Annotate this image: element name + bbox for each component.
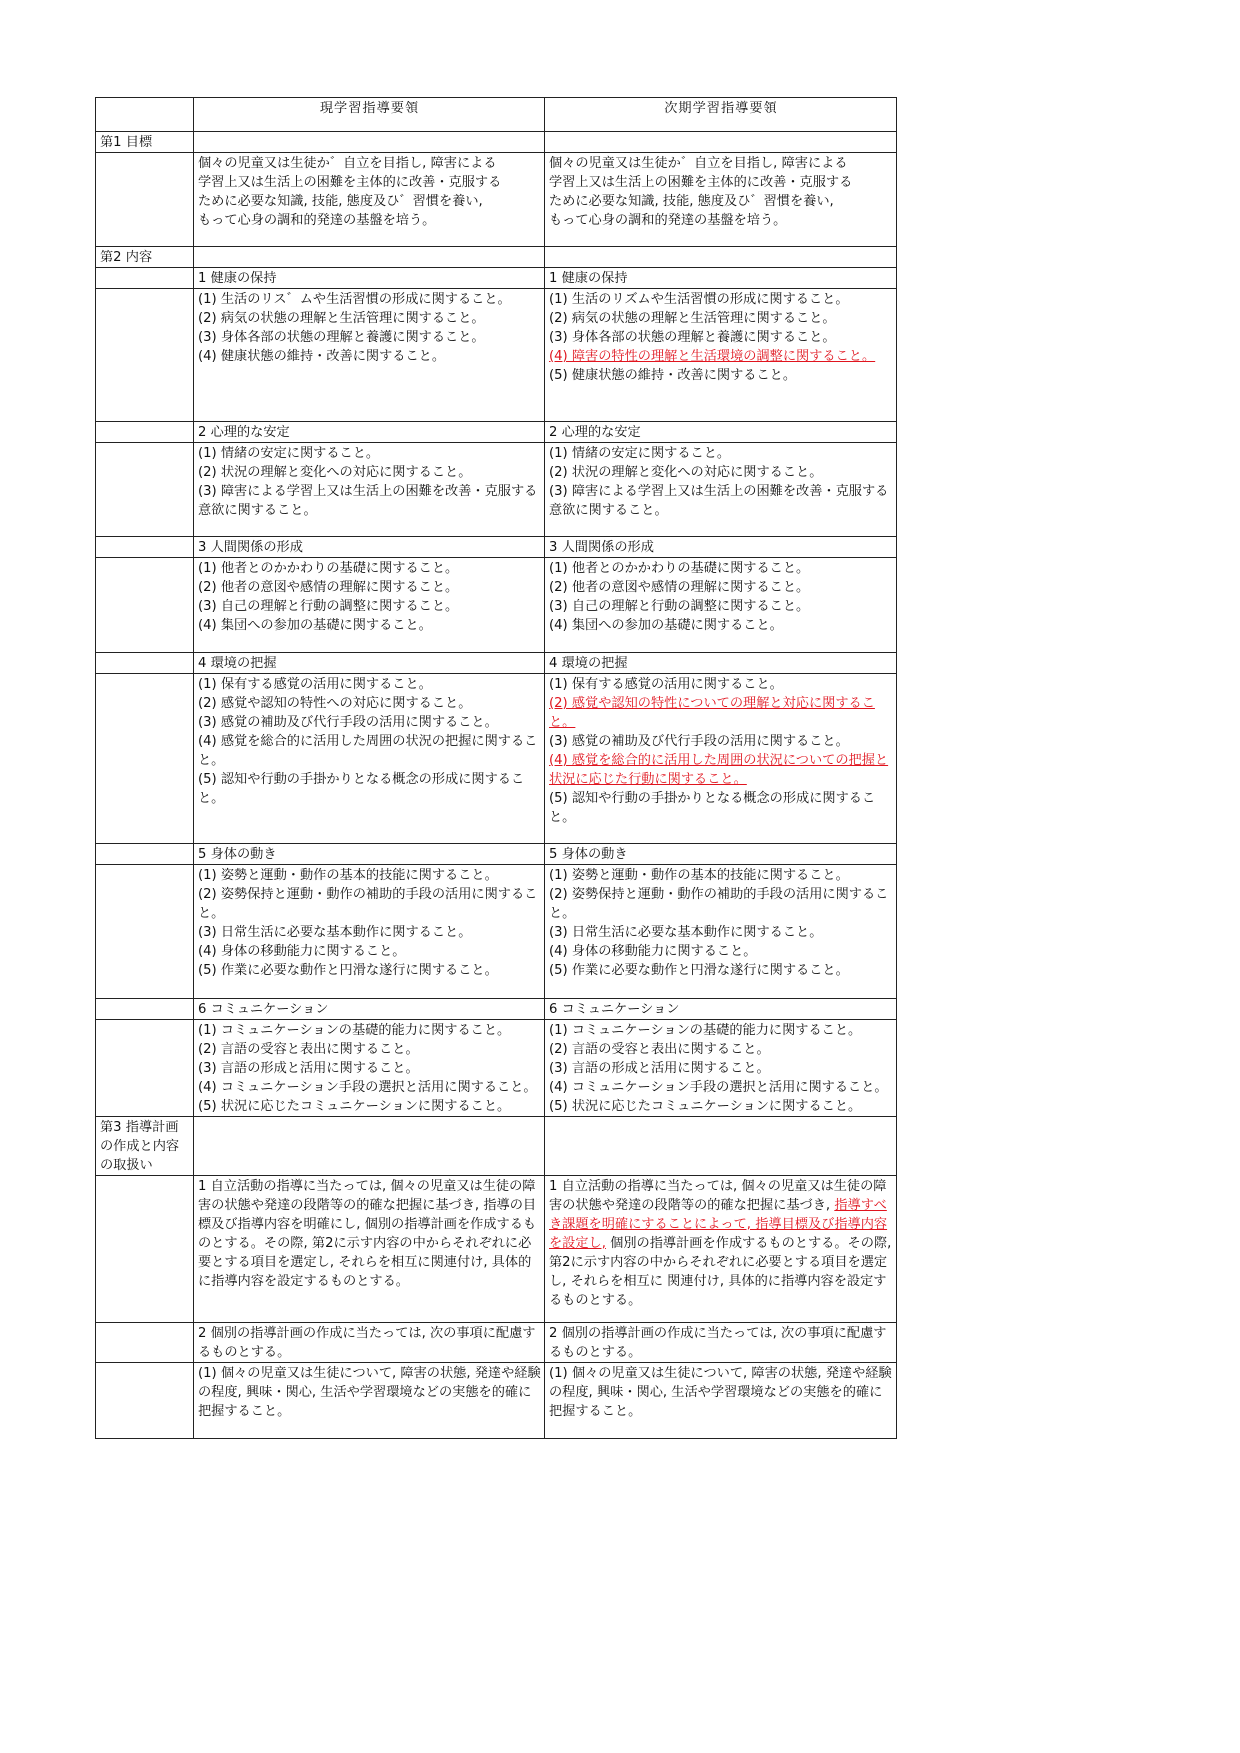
list-item: (2) 他者の意図や感情の理解に関すること。 [198, 578, 541, 597]
category-items-row: (1) 保有する感覚の活用に関すること。 (2) 感覚や認知の特性への対応に関す… [96, 674, 897, 844]
goal-line: ために必要な知識, 技能, 態度及ひ゛習慣を養い, [549, 192, 893, 211]
list-item: (3) 感覚の補助及び代行手段の活用に関すること。 [549, 732, 893, 751]
goal-line: 個々の児童又は生徒か゛自立を目指し, 障害による [198, 154, 541, 173]
items-current: (1) 姿勢と運動・動作の基本的技能に関すること。 (2) 姿勢保持と運動・動作… [194, 865, 545, 999]
items-current: (1) 情緒の安定に関すること。 (2) 状況の理解と変化への対応に関すること。… [194, 443, 545, 537]
items-current: (1) 生活のリス゛ムや生活習慣の形成に関すること。 (2) 病気の状態の理解と… [194, 289, 545, 422]
list-item: (2) 姿勢保持と運動・動作の補助的手段の活用に関すること。 [549, 885, 893, 923]
empty-cell [96, 865, 194, 999]
goal-line: ために必要な知識, 技能, 態度及ひ゛習慣を養い, [198, 192, 541, 211]
list-item: (1) コミュニケーションの基礎的能力に関すること。 [198, 1021, 541, 1040]
empty-cell [96, 443, 194, 537]
goal-line: もって心身の調和的発達の基盤を培う。 [549, 211, 893, 230]
empty-cell [96, 674, 194, 844]
list-item: (3) 日常生活に必要な基本動作に関すること。 [549, 923, 893, 942]
changed-list-item: (4) 障害の特性の理解と生活環境の調整に関すること。 [549, 347, 893, 366]
items-next: (1) 情緒の安定に関すること。 (2) 状況の理解と変化への対応に関すること。… [545, 443, 897, 537]
empty-cell [96, 999, 194, 1020]
empty-cell [96, 1020, 194, 1117]
list-item: (5) 健康状態の維持・改善に関すること。 [549, 366, 893, 385]
list-item: (1) 保有する感覚の活用に関すること。 [198, 675, 541, 694]
header-next: 次期学習指導要領 [545, 98, 897, 132]
items-next: (1) 姿勢と運動・動作の基本的技能に関すること。 (2) 姿勢保持と運動・動作… [545, 865, 897, 999]
list-item: (3) 言語の形成と活用に関すること。 [549, 1059, 893, 1078]
empty-cell [96, 289, 194, 422]
category-title-next: 1 健康の保持 [545, 268, 897, 289]
list-item: (1) 保有する感覚の活用に関すること。 [549, 675, 893, 694]
section-row-goal: 第1 目標 [96, 132, 897, 153]
list-item: (4) 集団への参加の基礎に関すること。 [198, 616, 541, 635]
header-row: 現学習指導要領 次期学習指導要領 [96, 98, 897, 132]
empty-cell [545, 247, 897, 268]
list-item: (4) 身体の移動能力に関すること。 [549, 942, 893, 961]
section-label-plan: 第3 指導計画の作成と内容の取扱い [96, 1117, 194, 1176]
category-title-next: 4 環境の把握 [545, 653, 897, 674]
list-item: (3) 障害による学習上又は生活上の困難を改善・克服する意欲に関すること。 [549, 482, 893, 520]
list-item: (2) 病気の状態の理解と生活管理に関すること。 [198, 309, 541, 328]
empty-cell [96, 1176, 194, 1323]
plan-item2-1-current: (1) 個々の児童又は生徒について, 障害の状態, 発達や経験の程度, 興味・関… [194, 1363, 545, 1439]
goal-line: 個々の児童又は生徒か゛自立を目指し, 障害による [549, 154, 893, 173]
empty-cell [545, 1117, 897, 1176]
list-item: (2) 言語の受容と表出に関すること。 [198, 1040, 541, 1059]
plan-item2-1-row: (1) 個々の児童又は生徒について, 障害の状態, 発達や経験の程度, 興味・関… [96, 1363, 897, 1439]
changed-list-item: (2) 感覚や認知の特性についての理解と対応に関すること。 [549, 694, 893, 732]
category-items-row: (1) コミュニケーションの基礎的能力に関すること。 (2) 言語の受容と表出に… [96, 1020, 897, 1117]
plan-item1-row: 1 自立活動の指導に当たっては, 個々の児童又は生徒の障害の状態や発達の段階等の… [96, 1176, 897, 1323]
list-item: (3) 感覚の補助及び代行手段の活用に関すること。 [198, 713, 541, 732]
category-title-row: 6 コミュニケーション 6 コミュニケーション [96, 999, 897, 1020]
list-item: (4) コミュニケーション手段の選択と活用に関すること。 [549, 1078, 893, 1097]
items-current: (1) 他者とのかかわりの基礎に関すること。 (2) 他者の意図や感情の理解に関… [194, 558, 545, 653]
list-item: (5) 作業に必要な動作と円滑な遂行に関すること。 [549, 961, 893, 980]
goal-row: 個々の児童又は生徒か゛自立を目指し, 障害による 学習上又は生活上の困難を主体的… [96, 153, 897, 247]
goal-line: 学習上又は生活上の困難を主体的に改善・克服する [198, 173, 541, 192]
plan-item1-next: 1 自立活動の指導に当たっては, 個々の児童又は生徒の障害の状態や発達の段階等の… [545, 1176, 897, 1323]
list-item: (1) 情緒の安定に関すること。 [549, 444, 893, 463]
list-item: (2) 言語の受容と表出に関すること。 [549, 1040, 893, 1059]
empty-cell [545, 132, 897, 153]
empty-cell [194, 247, 545, 268]
list-item: (4) 健康状態の維持・改善に関すること。 [198, 347, 541, 366]
list-item: (4) 集団への参加の基礎に関すること。 [549, 616, 893, 635]
list-item: (5) 認知や行動の手掛かりとなる概念の形成に関すること。 [549, 789, 893, 827]
category-title-next: 5 身体の動き [545, 844, 897, 865]
items-next: (1) 生活のリズムや生活習慣の形成に関すること。 (2) 病気の状態の理解と生… [545, 289, 897, 422]
category-title-row: 5 身体の動き 5 身体の動き [96, 844, 897, 865]
list-item: (1) コミュニケーションの基礎的能力に関すること。 [549, 1021, 893, 1040]
list-item: (4) コミュニケーション手段の選択と活用に関すること。 [198, 1078, 541, 1097]
items-current: (1) コミュニケーションの基礎的能力に関すること。 (2) 言語の受容と表出に… [194, 1020, 545, 1117]
section-row-plan: 第3 指導計画の作成と内容の取扱い [96, 1117, 897, 1176]
plan-item2-row: 2 個別の指導計画の作成に当たっては, 次の事項に配慮するものとする。 2 個別… [96, 1323, 897, 1363]
category-title-row: 3 人間関係の形成 3 人間関係の形成 [96, 537, 897, 558]
list-item: (1) 生活のリス゛ムや生活習慣の形成に関すること。 [198, 290, 541, 309]
list-item: (2) 病気の状態の理解と生活管理に関すること。 [549, 309, 893, 328]
category-title-row: 1 健康の保持 1 健康の保持 [96, 268, 897, 289]
goal-line: もって心身の調和的発達の基盤を培う。 [198, 211, 541, 230]
empty-cell [194, 1117, 545, 1176]
list-item: (1) 他者とのかかわりの基礎に関すること。 [198, 559, 541, 578]
category-title-next: 3 人間関係の形成 [545, 537, 897, 558]
section-row-content: 第2 内容 [96, 247, 897, 268]
empty-cell [96, 422, 194, 443]
items-current: (1) 保有する感覚の活用に関すること。 (2) 感覚や認知の特性への対応に関す… [194, 674, 545, 844]
header-current: 現学習指導要領 [194, 98, 545, 132]
list-item: (3) 身体各部の状態の理解と養護に関すること。 [549, 328, 893, 347]
category-title-row: 2 心理的な安定 2 心理的な安定 [96, 422, 897, 443]
category-title-next: 6 コミュニケーション [545, 999, 897, 1020]
list-item: (1) 姿勢と運動・動作の基本的技能に関すること。 [198, 866, 541, 885]
list-item: (1) 情緒の安定に関すること。 [198, 444, 541, 463]
list-item: (2) 感覚や認知の特性への対応に関すること。 [198, 694, 541, 713]
category-title-current: 3 人間関係の形成 [194, 537, 545, 558]
goal-current: 個々の児童又は生徒か゛自立を目指し, 障害による 学習上又は生活上の困難を主体的… [194, 153, 545, 247]
empty-cell [96, 268, 194, 289]
empty-cell [96, 653, 194, 674]
list-item: (3) 自己の理解と行動の調整に関すること。 [198, 597, 541, 616]
category-title-current: 5 身体の動き [194, 844, 545, 865]
list-item: (4) 感覚を総合的に活用した周囲の状況の把握に関すること。 [198, 732, 541, 770]
list-item: (2) 姿勢保持と運動・動作の補助的手段の活用に関すること。 [198, 885, 541, 923]
list-item: (5) 状況に応じたコミュニケーションに関すること。 [549, 1097, 893, 1116]
empty-cell [96, 558, 194, 653]
list-item: (3) 障害による学習上又は生活上の困難を改善・克服する意欲に関すること。 [198, 482, 541, 520]
list-item: (2) 状況の理解と変化への対応に関すること。 [198, 463, 541, 482]
list-item: (1) 生活のリズムや生活習慣の形成に関すること。 [549, 290, 893, 309]
list-item: (2) 他者の意図や感情の理解に関すること。 [549, 578, 893, 597]
goal-next: 個々の児童又は生徒か゛自立を目指し, 障害による 学習上又は生活上の困難を主体的… [545, 153, 897, 247]
goal-line: 学習上又は生活上の困難を主体的に改善・克服する [549, 173, 893, 192]
category-items-row: (1) 生活のリス゛ムや生活習慣の形成に関すること。 (2) 病気の状態の理解と… [96, 289, 897, 422]
list-item: (3) 言語の形成と活用に関すること。 [198, 1059, 541, 1078]
list-item: (3) 日常生活に必要な基本動作に関すること。 [198, 923, 541, 942]
list-item: (5) 作業に必要な動作と円滑な遂行に関すること。 [198, 961, 541, 980]
empty-cell [96, 537, 194, 558]
empty-cell [96, 844, 194, 865]
list-item: (5) 状況に応じたコミュニケーションに関すること。 [198, 1097, 541, 1116]
comparison-table: 現学習指導要領 次期学習指導要領 第1 目標 個々の児童又は生徒か゛自立を目指し… [95, 97, 897, 1439]
list-item: (1) 姿勢と運動・動作の基本的技能に関すること。 [549, 866, 893, 885]
items-next: (1) 保有する感覚の活用に関すること。 (2) 感覚や認知の特性についての理解… [545, 674, 897, 844]
list-item: (3) 身体各部の状態の理解と養護に関すること。 [198, 328, 541, 347]
items-next: (1) 他者とのかかわりの基礎に関すること。 (2) 他者の意図や感情の理解に関… [545, 558, 897, 653]
empty-cell [96, 153, 194, 247]
category-title-current: 6 コミュニケーション [194, 999, 545, 1020]
category-title-current: 4 環境の把握 [194, 653, 545, 674]
category-items-row: (1) 他者とのかかわりの基礎に関すること。 (2) 他者の意図や感情の理解に関… [96, 558, 897, 653]
list-item: (1) 他者とのかかわりの基礎に関すること。 [549, 559, 893, 578]
list-item: (4) 身体の移動能力に関すること。 [198, 942, 541, 961]
category-items-row: (1) 情緒の安定に関すること。 (2) 状況の理解と変化への対応に関すること。… [96, 443, 897, 537]
category-title-current: 2 心理的な安定 [194, 422, 545, 443]
category-items-row: (1) 姿勢と運動・動作の基本的技能に関すること。 (2) 姿勢保持と運動・動作… [96, 865, 897, 999]
list-item: (2) 状況の理解と変化への対応に関すること。 [549, 463, 893, 482]
section-label-goal: 第1 目標 [96, 132, 194, 153]
plan-item2-1-next: (1) 個々の児童又は生徒について, 障害の状態, 発達や経験の程度, 興味・関… [545, 1363, 897, 1439]
category-title-current: 1 健康の保持 [194, 268, 545, 289]
list-item: (3) 自己の理解と行動の調整に関すること。 [549, 597, 893, 616]
category-title-next: 2 心理的な安定 [545, 422, 897, 443]
empty-cell [96, 1323, 194, 1363]
plan-item2-next: 2 個別の指導計画の作成に当たっては, 次の事項に配慮するものとする。 [545, 1323, 897, 1363]
list-item: (5) 認知や行動の手掛かりとなる概念の形成に関すること。 [198, 770, 541, 808]
empty-cell [96, 1363, 194, 1439]
empty-cell [194, 132, 545, 153]
header-blank [96, 98, 194, 132]
changed-list-item: (4) 感覚を総合的に活用した周囲の状況についての把握と状況に応じた行動に関する… [549, 751, 893, 789]
category-title-row: 4 環境の把握 4 環境の把握 [96, 653, 897, 674]
plan-item1-current: 1 自立活動の指導に当たっては, 個々の児童又は生徒の障害の状態や発達の段階等の… [194, 1176, 545, 1323]
plan-item2-current: 2 個別の指導計画の作成に当たっては, 次の事項に配慮するものとする。 [194, 1323, 545, 1363]
items-next: (1) コミュニケーションの基礎的能力に関すること。 (2) 言語の受容と表出に… [545, 1020, 897, 1117]
section-label-content: 第2 内容 [96, 247, 194, 268]
